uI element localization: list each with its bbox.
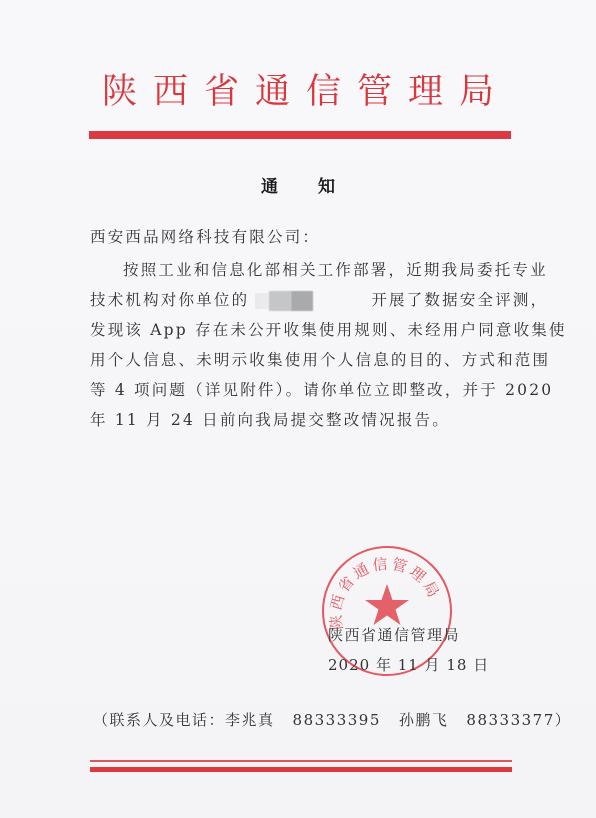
masthead-red-rule — [89, 131, 511, 139]
contact-person-1-phone: 88333395 — [293, 711, 381, 729]
document-page: 陕西省通信管理局 通知 西安西品网络科技有限公司： 按照工业和信息化部相关工作部… — [0, 0, 596, 818]
notice-title-char-1: 通 — [261, 175, 278, 199]
contact-suffix: ） — [555, 711, 572, 729]
body-line-4: 用个人信息、未明示收集使用个人信息的目的、方式和范围 — [90, 345, 520, 375]
notice-body: 按照工业和信息化部相关工作部署，近期我局委托专业 技术机构对你单位的开展了数据安… — [90, 255, 520, 435]
star-icon — [365, 584, 409, 625]
body-line-5: 等 4 项问题（详见附件）。请你单位立即整改，并于 2020 — [90, 375, 520, 405]
masthead: 陕西省通信管理局 — [0, 72, 596, 112]
body-line-1: 按照工业和信息化部相关工作部署，近期我局委托专业 — [90, 255, 520, 285]
redacted-app-name — [255, 291, 365, 311]
body-line-3: 发现该 App 存在未公开收集使用规则、未经用户同意收集使 — [90, 315, 520, 345]
signature-block: 陕西省通信管理局 2020 年 11 月 18 日 — [328, 620, 489, 680]
body-line-2: 技术机构对你单位的开展了数据安全评测， — [90, 285, 520, 315]
contact-person-1-name: 李兆真 — [225, 711, 275, 729]
footer-red-rule-thick — [90, 767, 512, 772]
footer-red-rule-thin — [90, 760, 512, 762]
issuer-title: 陕西省通信管理局 — [86, 72, 510, 112]
notice-heading: 通知 — [0, 175, 596, 199]
notice-title-char-2: 知 — [318, 175, 335, 199]
signing-organization: 陕西省通信管理局 — [328, 620, 489, 650]
contact-person-2-phone: 88333377 — [466, 711, 554, 729]
contact-info: （联系人及电话：李兆真88333395孙鹏飞88333377） — [93, 708, 571, 732]
body-line-2-before: 技术机构对你单位的 — [90, 291, 249, 309]
contact-person-2-name: 孙鹏飞 — [399, 711, 449, 729]
signing-date: 2020 年 11 月 18 日 — [328, 650, 489, 680]
body-line-6: 年 11 月 24 日前向我局提交整改情况报告。 — [90, 405, 520, 435]
contact-prefix: （联系人及电话： — [93, 711, 225, 729]
addressee: 西安西品网络科技有限公司： — [90, 225, 320, 249]
body-line-2-after: 开展了数据安全评测， — [371, 291, 548, 309]
